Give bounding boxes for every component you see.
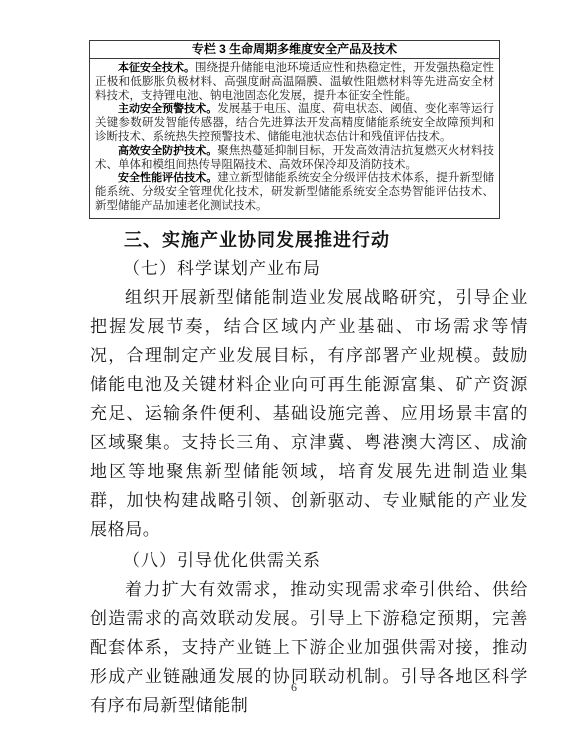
subsection-title-8: （八）引导优化供需关系 — [90, 546, 528, 575]
document-page: 专栏 3 生命周期多维度安全产品及技术 本征安全技术。围绕提升储能电池环境适应性… — [0, 0, 588, 747]
body-paragraph-8: 着力扩大有效需求，推动实现需求牵引供给、供给创造需求的高效联动发展。引导上下游稳… — [90, 575, 528, 720]
body-paragraph-7: 组织开展新型储能制造业发展战略研究，引导企业把握发展节奏，结合区域内产业基础、市… — [90, 283, 528, 544]
column-box-item-lead: 主动安全预警技术。 — [118, 103, 217, 115]
column-box-item: 高效安全防护技术。聚焦热蔓延抑制目标，开发高效清洁抗复燃灭火材料技术、单体和模组… — [95, 145, 494, 173]
page-number: 6 — [0, 680, 588, 695]
section-heading: 三、实施产业协同发展推进行动 — [90, 228, 528, 252]
column-box-body: 本征安全技术。围绕提升储能电池环境适应性和热稳定性，开发强热稳定性正极和低膨胀负… — [90, 59, 499, 218]
column-box-title: 专栏 3 生命周期多维度安全产品及技术 — [90, 41, 499, 59]
column-box-item-lead: 本征安全技术。 — [118, 62, 195, 74]
column-box-item-lead: 安全性能评估技术。 — [118, 172, 217, 184]
column-box-item: 本征安全技术。围绕提升储能电池环境适应性和热稳定性，开发强热稳定性正极和低膨胀负… — [95, 62, 494, 103]
subsection-title-7: （七）科学谋划产业布局 — [90, 254, 528, 283]
column-box-item: 安全性能评估技术。建立新型储能系统安全分级评估技术体系，提升新型储能系统、分级安… — [95, 172, 494, 213]
main-content: 三、实施产业协同发展推进行动 （七）科学谋划产业布局 组织开展新型储能制造业发展… — [90, 228, 528, 720]
column-box: 专栏 3 生命周期多维度安全产品及技术 本征安全技术。围绕提升储能电池环境适应性… — [89, 40, 500, 219]
column-box-item: 主动安全预警技术。发展基于电压、温度、荷电状态、阈值、变化率等运行关键参数研发智… — [95, 103, 494, 144]
column-box-item-lead: 高效安全防护技术。 — [118, 145, 217, 157]
